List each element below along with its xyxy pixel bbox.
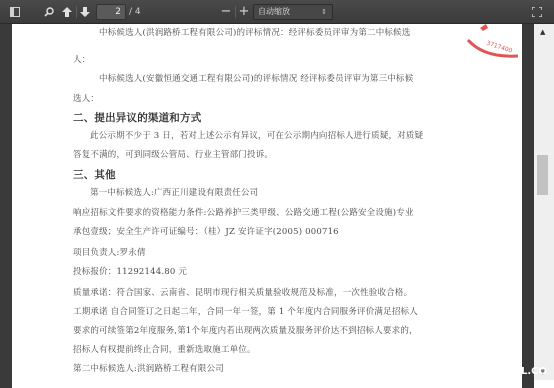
pdf-page: 3717400 中标候选人(洪润路桥工程有限公司)的评标情况：经评标委员评审为第…: [12, 24, 522, 388]
toolbar-separator: [76, 6, 77, 18]
vertical-scrollbar[interactable]: ▲ ▼: [534, 24, 554, 380]
viewer-gutter-right: [522, 24, 534, 388]
fullscreen-icon: [532, 7, 542, 17]
select-arrows-icon: ⇕: [321, 5, 327, 19]
zoom-in-button[interactable]: +: [238, 4, 250, 20]
doc-line: 响应招标文件要求的资格能力条件:公路养护三类甲级、公路交通工程(公路安全设施)专…: [73, 206, 414, 218]
zoom-out-button[interactable]: −: [220, 4, 232, 20]
doc-line: 选人：: [73, 92, 99, 104]
scrollbar-thumb[interactable]: [537, 155, 548, 195]
viewer-gutter-left: [0, 24, 12, 388]
presentation-mode-button[interactable]: [530, 4, 544, 20]
doc-line: 工期承诺 自合同签订之日起二年，合同一年一签，第 1 个年度内合同服务评价满足招…: [73, 305, 418, 317]
watermark-text: L.CO: [521, 366, 547, 377]
find-button[interactable]: [42, 4, 56, 20]
doc-line: 中标候选人(安徽恒通交通工程有限公司)的评标情况 经评标委员评审为第三中标候: [99, 72, 413, 84]
sidebar-icon: [10, 7, 20, 17]
scroll-up-arrow-icon[interactable]: ▲: [540, 28, 545, 36]
page-number-input[interactable]: 2: [96, 4, 126, 20]
doc-line: 投标报价：11292144.80 元: [73, 265, 187, 277]
doc-line: 项目负责人:罗永倩: [73, 246, 146, 258]
doc-line: 质量承诺：符合国家、云南省、昆明市现行相关质量验收规范及标准，一次性验收合格。: [73, 286, 412, 298]
sidebar-toggle-button[interactable]: [8, 4, 22, 20]
previous-page-button[interactable]: [60, 4, 74, 20]
doc-line: 答复不满的，可到同级公管局、行业主管部门投诉。: [73, 148, 273, 160]
toolbar-separator: [235, 6, 236, 18]
doc-line: 第一中标候选人:广西正川建设有限责任公司: [90, 186, 258, 198]
zoom-select-value: 自动缩放: [258, 7, 290, 16]
search-icon: [44, 7, 54, 17]
section-heading: 三、其他: [73, 167, 116, 182]
page-count: / 4: [129, 4, 141, 20]
section-heading: 二、提出异议的渠道和方式: [73, 110, 201, 125]
doc-line: 此公示期不少于 3 日，若对上述公示有异议，可在公示期内向招标人进行质疑，对质疑: [90, 129, 423, 141]
doc-line: 第二中标候选人:洪润路桥工程有限公司: [73, 362, 224, 374]
pdf-toolbar: 2 / 4 − + 自动缩放 ⇕: [0, 0, 554, 24]
doc-line: 招标人有权提前终止合同，重新选取施工单位。: [73, 343, 256, 355]
zoom-select[interactable]: 自动缩放 ⇕: [253, 4, 333, 20]
doc-line: 中标候选人(洪润路桥工程有限公司)的评标情况：经评标委员评审为第二中标候选: [99, 26, 411, 38]
arrow-down-icon: [80, 7, 90, 17]
doc-line: 承包壹级；安全生产许可证编号：（桂）JZ 安许证字(2005) 000716: [73, 225, 339, 237]
arrow-up-icon: [62, 7, 72, 17]
doc-line: 要求的可续签第2年度服务,第1个年度内若出现两次质量及服务评价达不到招标人要求的…: [73, 324, 418, 336]
next-page-button[interactable]: [78, 4, 92, 20]
doc-line: 人：: [73, 53, 90, 65]
red-seal-stamp: 3717400: [464, 24, 522, 66]
